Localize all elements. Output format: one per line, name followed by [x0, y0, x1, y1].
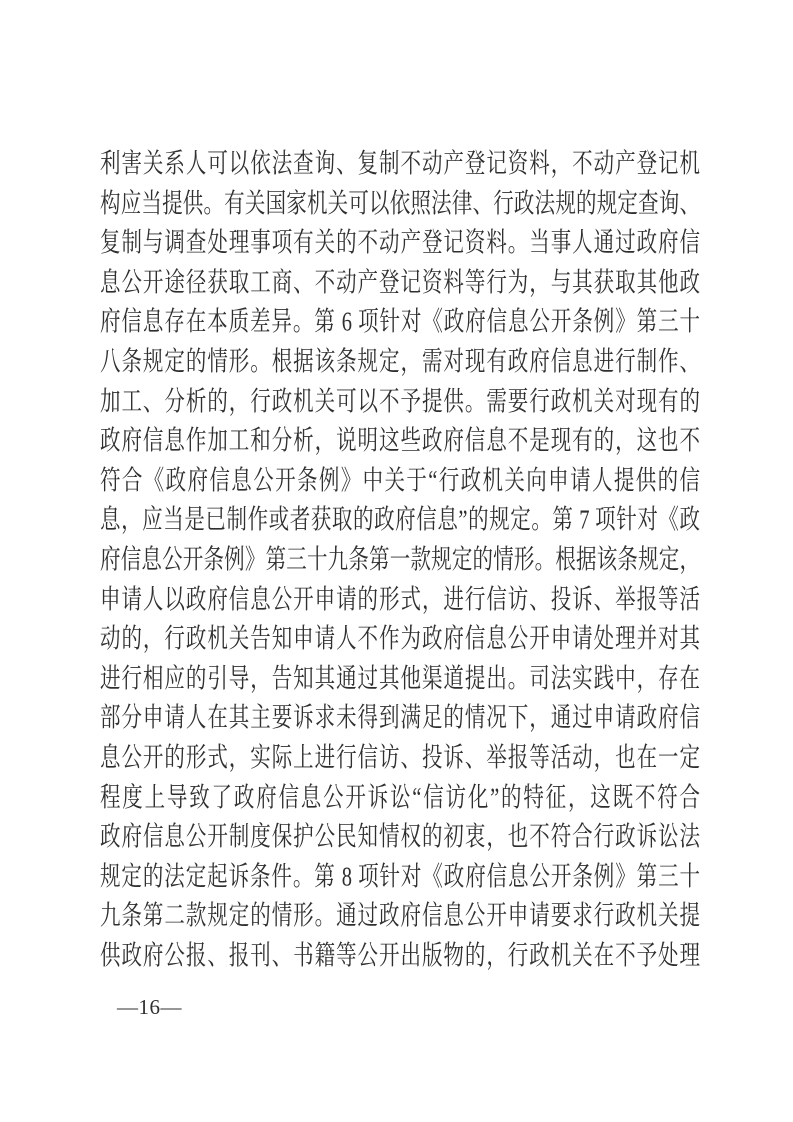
text-line: 供政府公报、报刊、书籍等公开出版物的，行政机关在不予处理 — [100, 932, 700, 984]
body-paragraph: 利害关系人可以依法查询、复制不动产登记资料，不动产登记机 构应当提供。有关国家机… — [100, 146, 700, 977]
document-page: 利害关系人可以依法查询、复制不动产登记资料，不动产登记机 构应当提供。有关国家机… — [0, 0, 793, 1122]
page-number: —16— — [117, 996, 182, 1018]
